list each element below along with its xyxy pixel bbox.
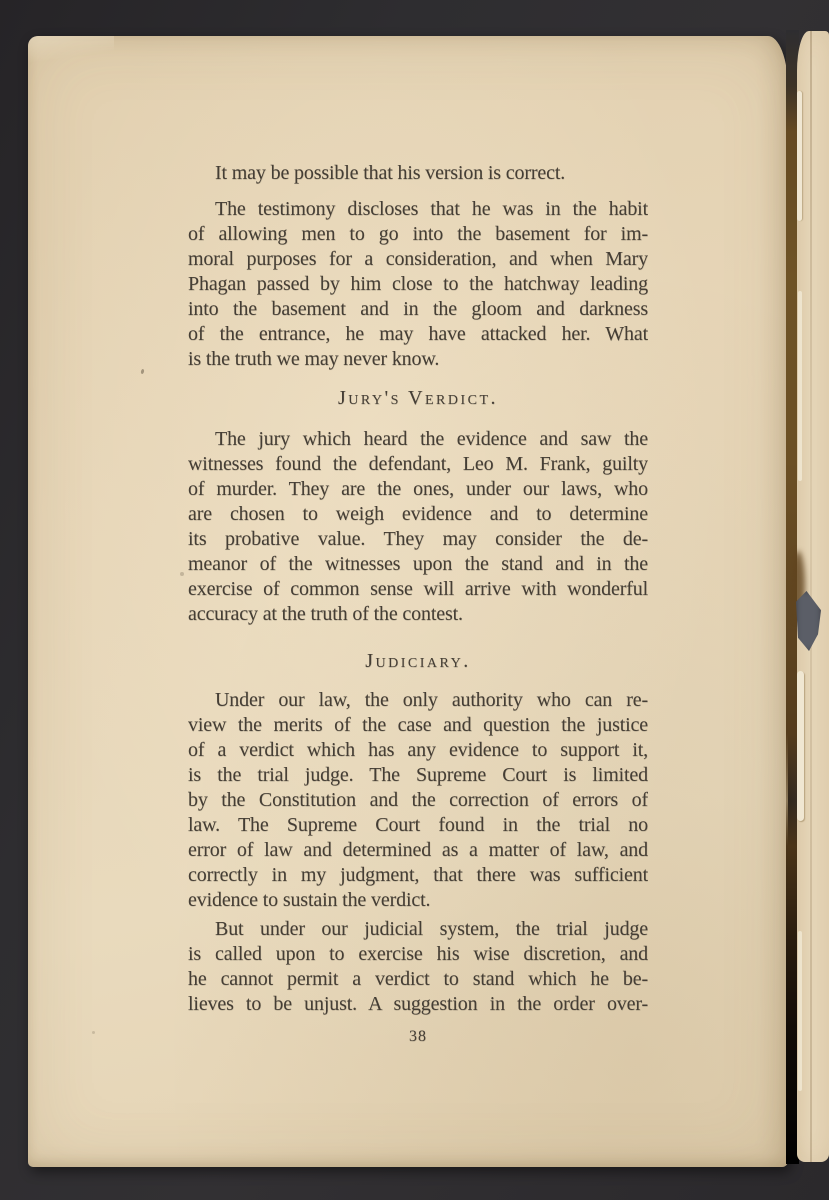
paragraph: It may be possible that his version is c… <box>188 161 648 186</box>
text-line: by the Constitution and the correction o… <box>188 788 648 813</box>
paragraph: The jury which heard the evidence and sa… <box>188 427 648 627</box>
torn-paper-edge <box>798 291 802 481</box>
text-line: of murder. They are the ones, under our … <box>188 477 648 502</box>
scanned-book-photo: It may be possible that his version is c… <box>0 0 829 1200</box>
text-line: of allowing men to go into the basement … <box>188 222 648 247</box>
text-line: is the trial judge. The Supreme Court is… <box>188 763 648 788</box>
text-line: Under our law, the only authority who ca… <box>188 688 648 713</box>
text-line: meanor of the witnesses upon the stand a… <box>188 552 648 577</box>
book-page: It may be possible that his version is c… <box>28 36 788 1167</box>
text-line: is the truth we may never know. <box>188 347 648 372</box>
text-line: he cannot permit a verdict to stand whic… <box>188 967 648 992</box>
text-line: into the basement and in the gloom and d… <box>188 297 648 322</box>
torn-paper-edge <box>797 671 804 821</box>
text-line: lieves to be unjust. A suggestion in the… <box>188 992 648 1017</box>
text-line: Phagan passed by him close to the hatchw… <box>188 272 648 297</box>
section-heading: Judiciary. <box>188 649 648 674</box>
page-number: 38 <box>188 1026 648 1048</box>
text-line: It may be possible that his version is c… <box>188 161 648 186</box>
paragraph: Under our law, the only authority who ca… <box>188 688 648 913</box>
text-line: accuracy at the truth of the contest. <box>188 602 648 627</box>
text-line: is called upon to exercise his wise disc… <box>188 942 648 967</box>
text-line: The jury which heard the evidence and sa… <box>188 427 648 452</box>
adjacent-page-edge <box>797 31 829 1162</box>
page-text-column: It may be possible that his version is c… <box>188 161 648 1017</box>
text-line: evidence to sustain the verdict. <box>188 888 648 913</box>
paper-speck <box>140 369 144 375</box>
text-line: exercise of common sense will arrive wit… <box>188 577 648 602</box>
text-line: of the entrance, he may have attacked he… <box>188 322 648 347</box>
text-line: But under our judicial system, the trial… <box>188 917 648 942</box>
paragraph: The testimony discloses that he was in t… <box>188 197 648 372</box>
text-line: witnesses found the defendant, Leo M. Fr… <box>188 452 648 477</box>
torn-notch <box>796 591 821 651</box>
text-line: correctly in my judgment, that there was… <box>188 863 648 888</box>
page-corner-fold <box>28 36 114 66</box>
paper-speck <box>92 1031 95 1034</box>
torn-paper-edge <box>798 931 802 1091</box>
text-line: The testimony discloses that he was in t… <box>188 197 648 222</box>
text-line: view the merits of the case and question… <box>188 713 648 738</box>
text-line: moral purposes for a consideration, and … <box>188 247 648 272</box>
paragraph: But under our judicial system, the trial… <box>188 917 648 1017</box>
text-line: are chosen to weigh evidence and to dete… <box>188 502 648 527</box>
paper-speck <box>180 572 184 576</box>
text-line: law. The Supreme Court found in the tria… <box>188 813 648 838</box>
torn-paper-edge <box>797 91 802 221</box>
text-line: of a verdict which has any evidence to s… <box>188 738 648 763</box>
text-line: error of law and determined as a matter … <box>188 838 648 863</box>
section-heading: Jury's Verdict. <box>188 386 648 411</box>
text-line: its probative value. They may consider t… <box>188 527 648 552</box>
